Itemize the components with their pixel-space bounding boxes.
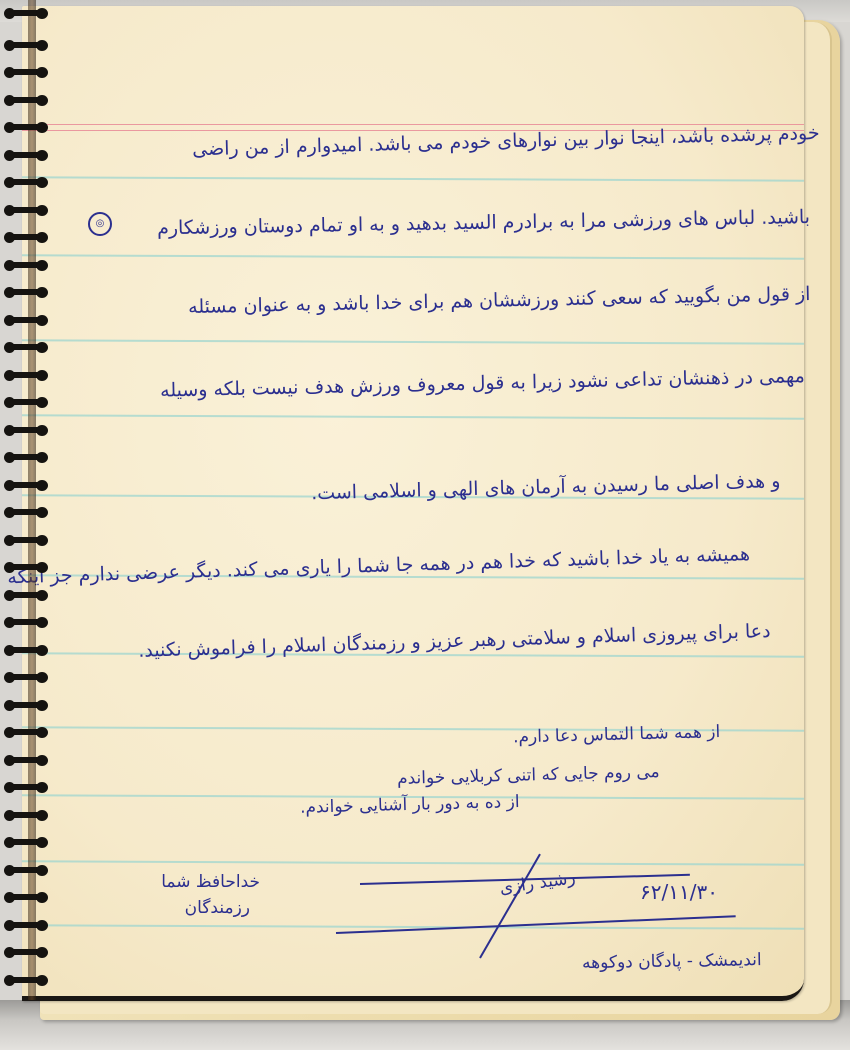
ruled-line: [22, 254, 804, 259]
spiral-binding: [4, 0, 50, 1000]
spiral-coil: [4, 67, 48, 77]
spiral-coil: [4, 40, 48, 50]
notebook-page: [22, 6, 804, 1001]
spiral-coil: [4, 947, 48, 957]
spiral-coil: [4, 370, 48, 380]
spiral-coil: [4, 562, 48, 572]
spiral-coil: [4, 232, 48, 242]
spiral-coil: [4, 920, 48, 930]
signature-date: ۶۲/۱۱/۳۰: [640, 880, 718, 904]
spiral-coil: [4, 645, 48, 655]
signature-footer: اندیمشک - پادگان دوکوهه: [582, 950, 762, 973]
spiral-coil: [4, 397, 48, 407]
ruled-line: [22, 176, 804, 181]
spiral-coil: [4, 150, 48, 160]
spiral-coil: [4, 975, 48, 985]
spiral-coil: [4, 782, 48, 792]
spiral-coil: [4, 837, 48, 847]
spiral-coil: [4, 425, 48, 435]
spiral-coil: [4, 260, 48, 270]
spiral-coil: [4, 480, 48, 490]
circled-mark-icon: ◎: [88, 212, 112, 236]
spiral-coil: [4, 342, 48, 352]
spiral-coil: [4, 590, 48, 600]
spiral-coil: [4, 727, 48, 737]
spiral-coil: [4, 617, 48, 627]
spiral-coil: [4, 315, 48, 325]
spiral-coil: [4, 95, 48, 105]
closing-line-1: خداحافظ شما: [161, 872, 260, 892]
spiral-coil: [4, 672, 48, 682]
ruled-line: [22, 339, 804, 344]
spiral-coil: [4, 755, 48, 765]
spiral-coil: [4, 287, 48, 297]
spiral-coil: [4, 122, 48, 132]
spiral-coil: [4, 700, 48, 710]
ruled-line: [22, 860, 804, 865]
spiral-coil: [4, 865, 48, 875]
closing-line-2: رزمندگان: [185, 898, 250, 918]
spiral-coil: [4, 205, 48, 215]
spiral-coil: [4, 507, 48, 517]
spiral-coil: [4, 810, 48, 820]
ruled-line: [22, 414, 804, 419]
spiral-coil: [4, 8, 48, 18]
spiral-coil: [4, 452, 48, 462]
spiral-coil: [4, 892, 48, 902]
spiral-coil: [4, 177, 48, 187]
spiral-coil: [4, 535, 48, 545]
